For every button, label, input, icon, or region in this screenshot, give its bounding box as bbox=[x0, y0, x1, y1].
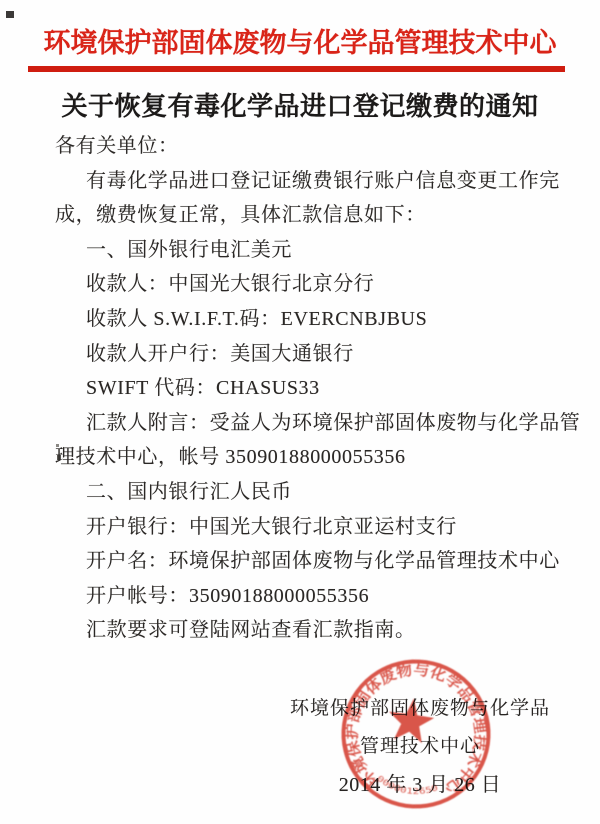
body-line-bank: 开户银行：中国光大银行北京亚运村支行 bbox=[55, 510, 565, 545]
signature-date: 2014 年 3 月 26 日 bbox=[230, 766, 600, 804]
signature-org-line1: 环境保护部固体废物与化学品 bbox=[230, 690, 600, 728]
scan-speck bbox=[6, 11, 14, 18]
letterhead-rule bbox=[28, 66, 565, 72]
body-line-section-1: 一、国外银行电汇美元 bbox=[55, 233, 565, 268]
body-line: 成，缴费恢复正常，具体汇款信息如下： bbox=[55, 198, 565, 233]
document-body: 各有关单位： 有毒化学品进口登记证缴费银行账户信息变更工作完 成，缴费恢复正常，… bbox=[55, 129, 565, 648]
body-line: 有毒化学品进口登记证缴费银行账户信息变更工作完 bbox=[55, 164, 565, 199]
body-line-section-2: 二、国内银行汇人民币 bbox=[55, 475, 565, 510]
signature-org-line2: 管理技术中心 bbox=[230, 728, 600, 766]
body-line-payee-bank: 收款人开户行：美国大通银行 bbox=[55, 337, 565, 372]
scanned-document-page: 环境保护部固体废物与化学品管理技术中心 关于恢复有毒化学品进口登记缴费的通知 各… bbox=[0, 0, 600, 824]
body-line-account-number: 开户帐号：35090188000055356 bbox=[55, 579, 565, 614]
body-line-account-name: 开户名：环境保护部固体废物与化学品管理技术中心 bbox=[55, 544, 565, 579]
body-line-note: 汇款要求可登陆网站查看汇款指南。 bbox=[55, 613, 565, 648]
document-title: 关于恢复有毒化学品进口登记缴费的通知 bbox=[0, 86, 600, 123]
body-line-payee: 收款人：中国光大银行北京分行 bbox=[55, 267, 565, 302]
signature-block: 环境保护部固体废物与化学品 管理技术中心 2014 年 3 月 26 日 bbox=[230, 690, 600, 804]
body-line-swift-code: 收款人 S.W.I.F.T.码：EVERCNBJBUS bbox=[55, 302, 565, 337]
body-line-salutation: 各有关单位： bbox=[55, 129, 565, 164]
body-line-swift: SWIFT 代码：CHASUS33 bbox=[55, 371, 565, 406]
letterhead-org-name: 环境保护部固体废物与化学品管理技术中心 bbox=[0, 21, 600, 60]
body-line-remark: 汇款人附言：受益人为环境保护部固体废物与化学品管 bbox=[55, 406, 565, 441]
body-line-account: 理技术中心，帐号 35090188000055356 bbox=[55, 440, 565, 475]
